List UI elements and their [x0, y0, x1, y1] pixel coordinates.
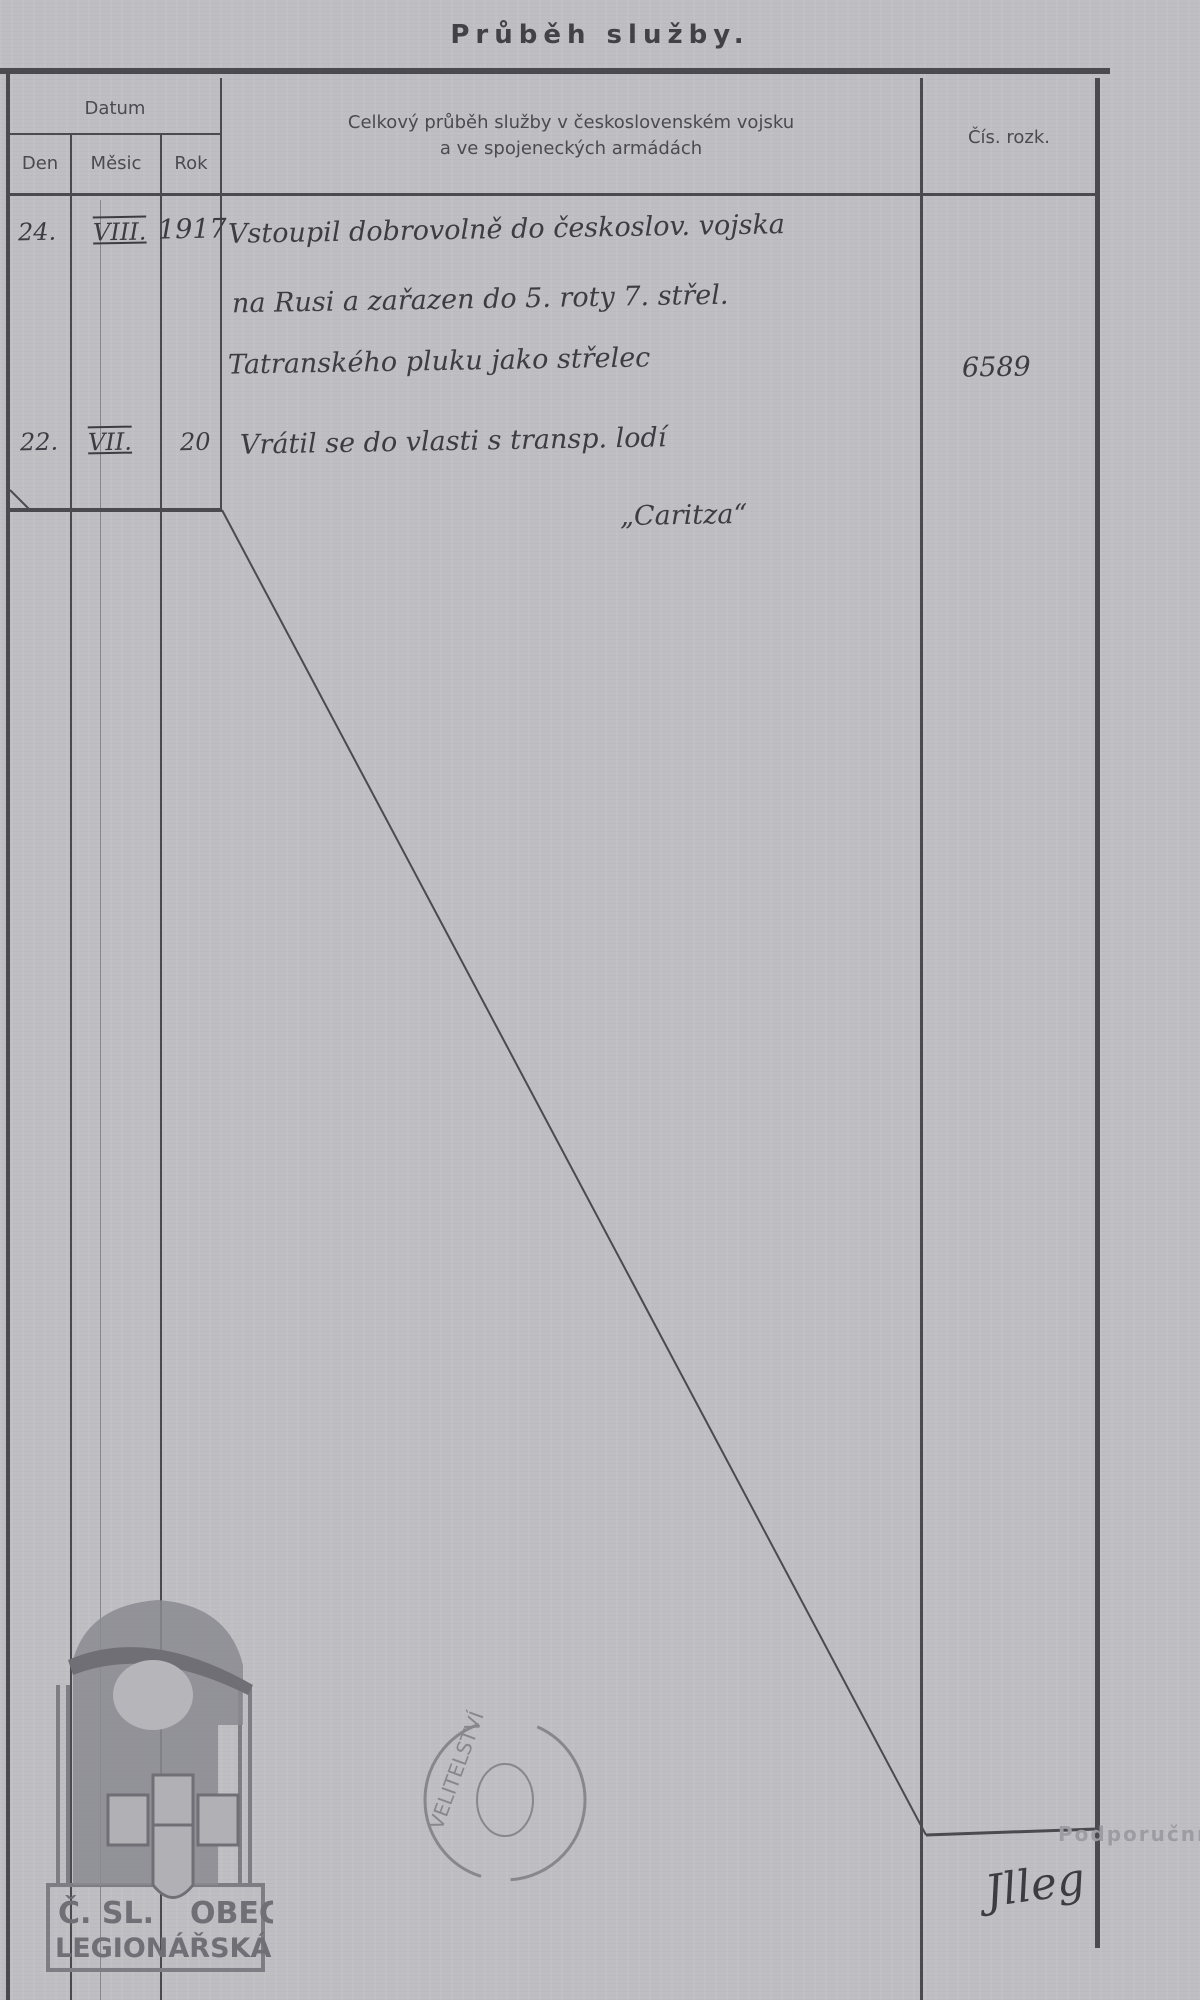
svg-text:OBEC: OBEC: [190, 1896, 273, 1931]
official-stamp: VELITELSTVÍ: [395, 1700, 595, 1900]
svg-text:LEGIONÁŘSKÁ: LEGIONÁŘSKÁ: [55, 1932, 271, 1964]
legion-logo: Č. SL. OBEC LEGIONÁŘSKÁ: [28, 1585, 273, 1985]
svg-text:Č. SL.: Č. SL.: [58, 1894, 154, 1931]
rank-label: Podporučník:: [1058, 1822, 1200, 1846]
soldier-helmet-icon: Č. SL. OBEC LEGIONÁŘSKÁ: [28, 1585, 273, 1985]
